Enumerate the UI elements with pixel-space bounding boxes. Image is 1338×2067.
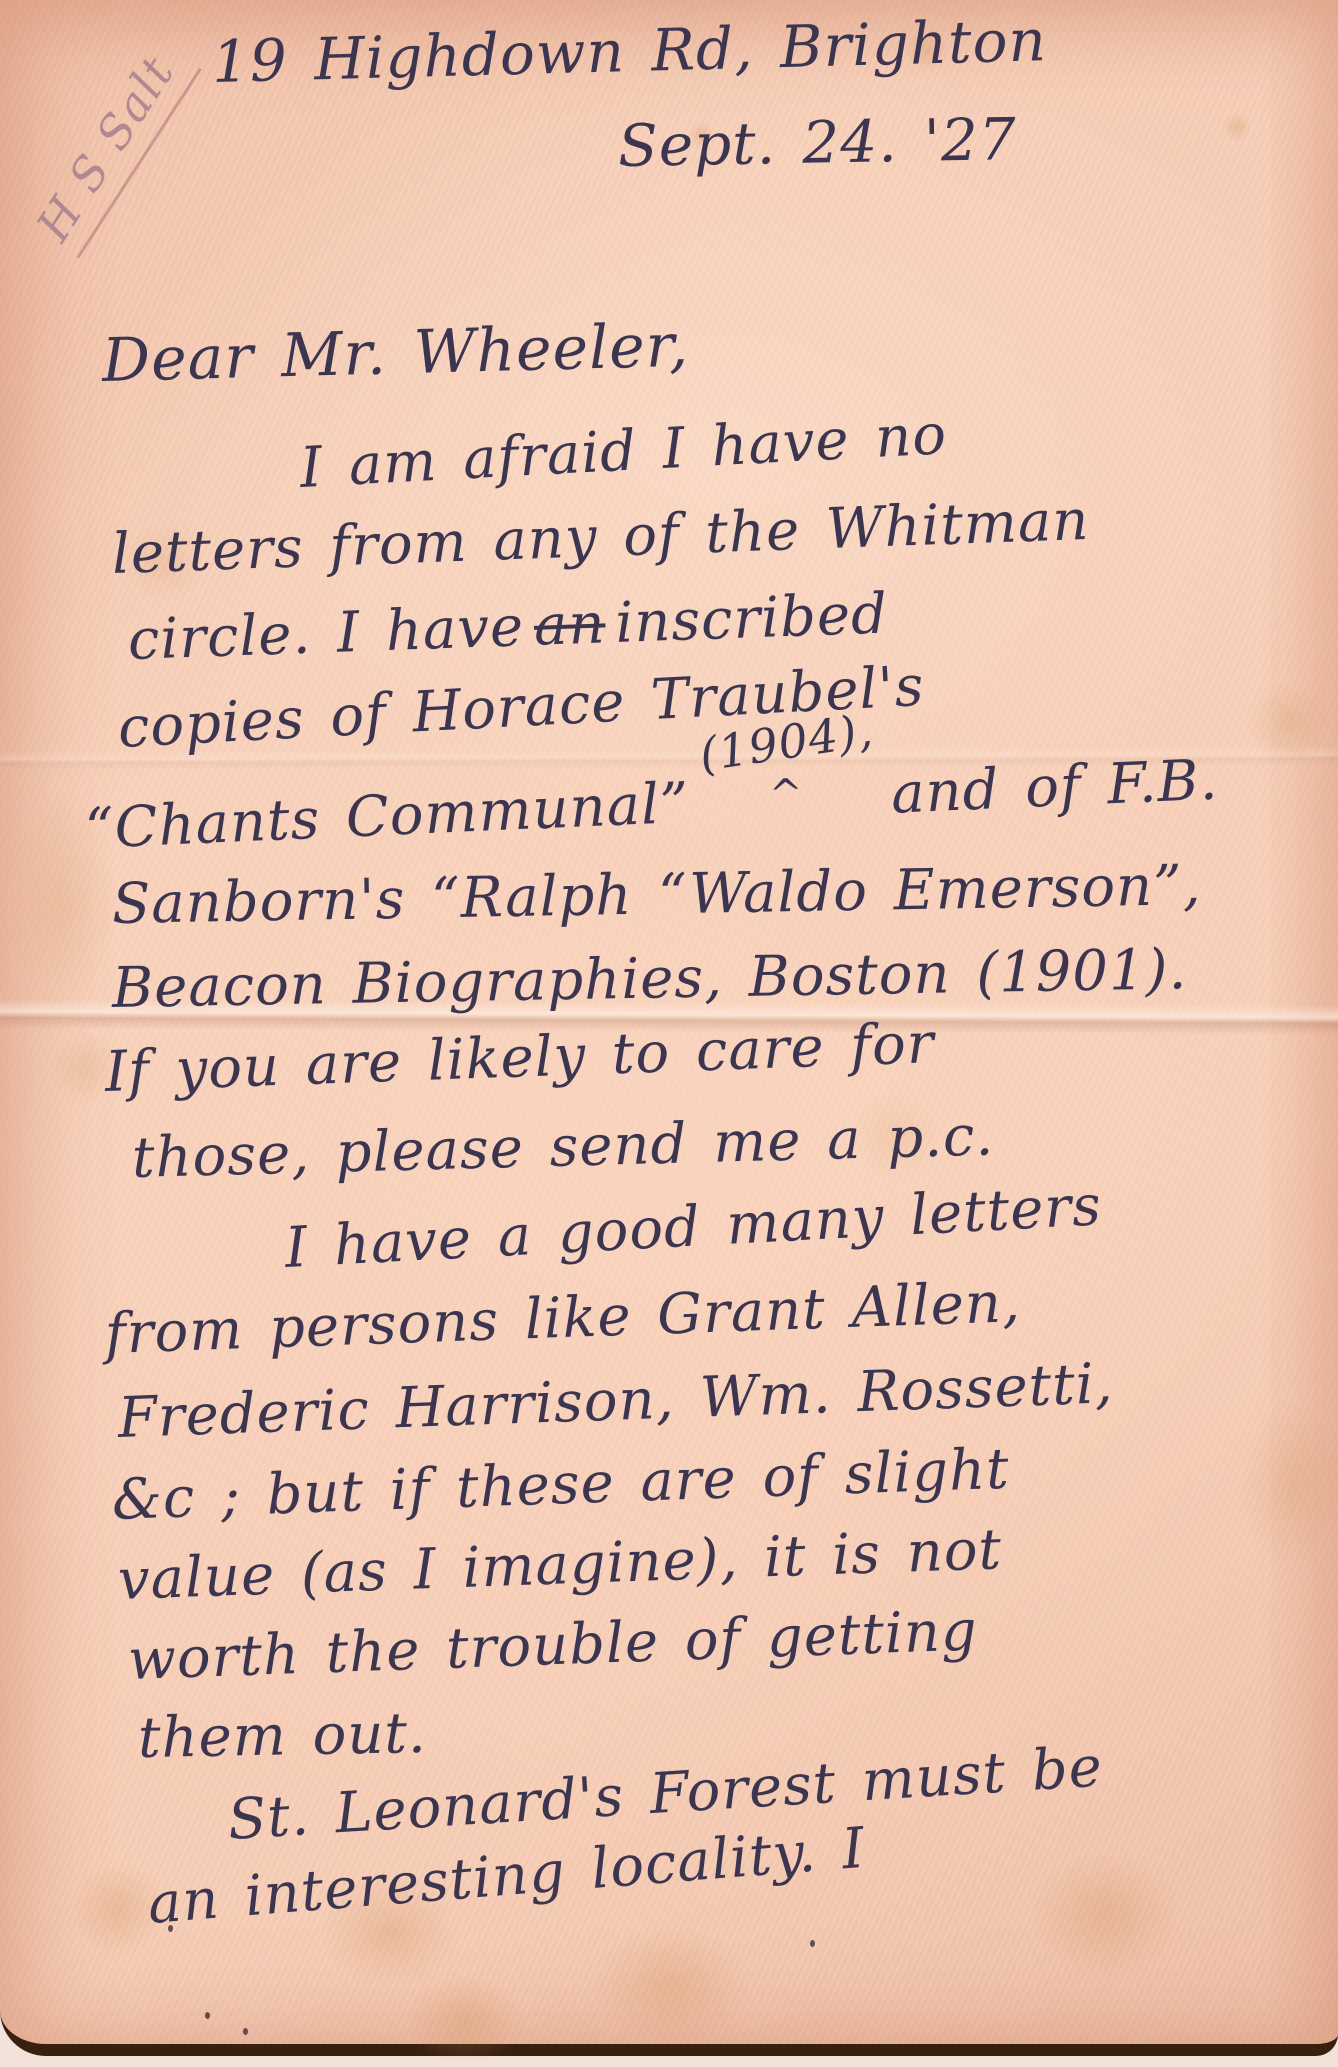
ink-speck — [243, 2028, 248, 2035]
body-line: I am afraid I have no — [298, 402, 948, 501]
body-line: from persons like Grant Allen, — [104, 1270, 1022, 1367]
fox-stain — [1030, 1850, 1180, 1980]
body-text: circle. I have — [127, 594, 525, 673]
fox-stain — [405, 1975, 525, 2065]
body-line: Frederic Harrison, Wm. Rossetti, — [117, 1351, 1115, 1451]
fox-stain — [1246, 680, 1330, 764]
body-line: If you are likely to care for — [104, 1011, 936, 1105]
owner-annotation: H S Salt — [25, 34, 202, 258]
struck-word: an — [533, 591, 607, 658]
body-line: &c ; but if these are of slight — [111, 1437, 1011, 1533]
fox-stain — [1238, 1400, 1338, 1570]
letter-scan: H S Salt 19 Highdown Rd, Brighton Sept. … — [0, 0, 1338, 2067]
fox-stain — [1222, 112, 1252, 142]
body-line: “Chants Communal”(1904),^and of F.B. — [83, 743, 1219, 862]
ink-speck — [205, 2012, 210, 2019]
address-line: 19 Highdown Rd, Brighton — [211, 6, 1047, 96]
body-line: Sanborn's “Ralph “Waldo Emerson”, — [111, 853, 1202, 937]
body-text: inscribed — [614, 581, 889, 655]
body-line: circle. I haveaninscribed — [127, 581, 889, 672]
body-line: Beacon Biographies, Boston (1901). — [111, 937, 1187, 1021]
body-line: them out. — [137, 1701, 427, 1771]
body-line: value (as I imagine), it is not — [117, 1517, 1003, 1613]
body-text: “Chants Communal” — [84, 771, 691, 862]
salutation: Dear Mr. Wheeler, — [101, 311, 690, 396]
ink-speck — [810, 1940, 815, 1947]
body-line: worth the trouble of getting — [127, 1598, 979, 1693]
date-line: Sept. 24. '27 — [617, 105, 1017, 180]
body-line: those, please send me a p.c. — [131, 1103, 995, 1191]
inserted-year: (1904),^ — [694, 757, 886, 821]
body-line: I have a good many letters — [283, 1173, 1103, 1281]
body-text: and of F.B. — [890, 748, 1220, 827]
fox-stain — [590, 1925, 750, 2045]
caret-mark: ^ — [768, 771, 804, 818]
body-line: letters from any of the Whitman — [111, 488, 1091, 587]
letter-page: H S Salt 19 Highdown Rd, Brighton Sept. … — [0, 0, 1338, 2056]
